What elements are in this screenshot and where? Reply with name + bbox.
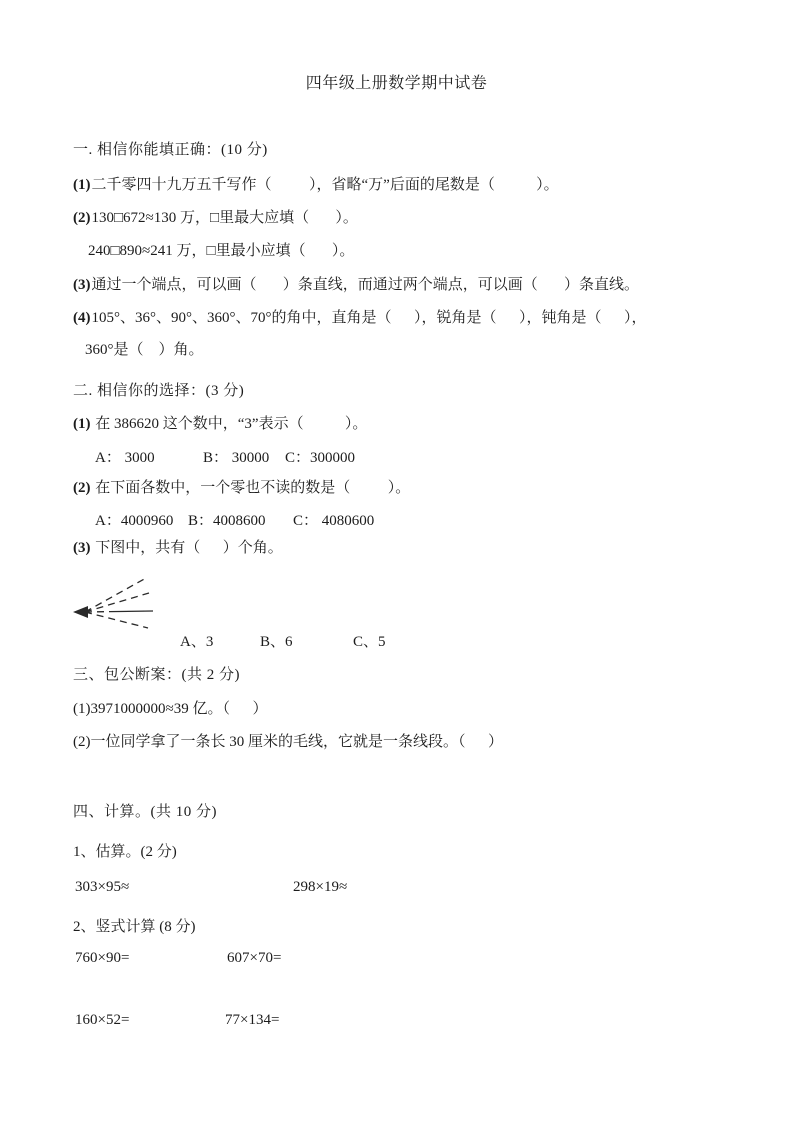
section1-item1: (1)二千零四十九万五千写作（ ），省略“万”后面的尾数是（ ）。 — [73, 176, 559, 194]
item-number: (3) — [73, 277, 91, 293]
section4-sub1-heading: 1、估算。(2 分) — [73, 843, 177, 861]
section3-item1: (1)3971000000≈39 亿。（ ） — [73, 700, 267, 718]
section4-heading: 四、计算。(共 10 分) — [73, 803, 217, 821]
angle-rays-figure — [58, 570, 178, 642]
section1-item3: (3)通过一个端点，可以画（ ）条直线，而通过两个端点，可以画（ ）条直线。 — [73, 276, 639, 294]
estimation-expression-2: 298×19≈ — [293, 879, 347, 896]
option-b: B、6 — [260, 630, 293, 651]
angle-ray-1 — [85, 578, 146, 612]
option-c: C： 4080600 — [293, 509, 374, 530]
calc-expression-1: 760×90= — [75, 950, 129, 967]
item-number: (1) — [73, 177, 91, 193]
option-a: A、3 — [180, 630, 213, 651]
item-text: 在下面各数中，一个零也不读的数是（ ）。 — [92, 480, 411, 496]
section1-item4-continuation: 360°是（ ）角。 — [85, 341, 204, 359]
section2-item3: (3) 下图中，共有（ ）个角。 — [73, 539, 283, 557]
calc-expression-2: 607×70= — [227, 950, 281, 967]
item-number: (4) — [73, 310, 91, 326]
section3-heading: 三、包公断案：(共 2 分) — [73, 666, 240, 684]
item-number: (3) — [73, 540, 91, 556]
option-c: C、5 — [353, 630, 386, 651]
section1-item2-continuation: 240□890≈241 万，□里最小应填（ ）。 — [88, 242, 354, 260]
item-text: 下图中，共有（ ）个角。 — [92, 540, 283, 556]
exam-paper-page: 四年级上册数学期中试卷 一. 相信你能填正确：(10 分) (1)二千零四十九万… — [0, 0, 793, 1122]
option-c: C：300000 — [285, 446, 355, 467]
estimation-expression-1: 303×95≈ — [75, 879, 129, 896]
item-text: 二千零四十九万五千写作（ ），省略“万”后面的尾数是（ ）。 — [92, 177, 559, 193]
calc-expression-4: 77×134= — [225, 1012, 279, 1029]
angle-rays-svg — [58, 570, 178, 642]
section1-item2: (2)130□672≈130 万，□里最大应填（ ）。 — [73, 209, 358, 227]
section4-sub2-heading: 2、竖式计算 (8 分) — [73, 918, 196, 936]
item-number: (2) — [73, 480, 91, 496]
section2-heading: 二. 相信你的选择：(3 分) — [73, 382, 244, 400]
section2-item1: (1) 在 386620 这个数中，“3”表示（ ）。 — [73, 415, 367, 433]
calc-expression-3: 160×52= — [75, 1012, 129, 1029]
item-text: 130□672≈130 万，□里最大应填（ ）。 — [92, 210, 358, 226]
item-number: (1) — [73, 416, 91, 432]
angle-ray-3-solid-part — [110, 611, 153, 612]
section3-item2: (2)一位同学拿了一条长 30 厘米的毛线，它就是一条线段。（ ） — [73, 733, 503, 751]
angle-ray-2 — [85, 593, 149, 612]
section1-item4: (4)105°、36°、90°、360°、70°的角中，直角是（ ），锐角是（ … — [73, 309, 647, 327]
item-text: 通过一个端点，可以画（ ）条直线，而通过两个端点，可以画（ ）条直线。 — [92, 277, 640, 293]
item-text: 在 386620 这个数中，“3”表示（ ）。 — [92, 416, 368, 432]
item-text: 105°、36°、90°、360°、70°的角中，直角是（ ），锐角是（ ），钝… — [92, 310, 647, 326]
item-number: (2) — [73, 210, 91, 226]
option-b: B：4008600 — [188, 509, 266, 530]
option-a: A： 3000 — [95, 446, 155, 467]
option-b: B： 30000 — [203, 446, 269, 467]
angle-ray-4 — [85, 612, 148, 628]
option-a: A：4000960 — [95, 509, 173, 530]
page-title: 四年级上册数学期中试卷 — [0, 75, 793, 93]
section1-heading: 一. 相信你能填正确：(10 分) — [73, 141, 268, 159]
section2-item2: (2) 在下面各数中，一个零也不读的数是（ ）。 — [73, 479, 410, 497]
